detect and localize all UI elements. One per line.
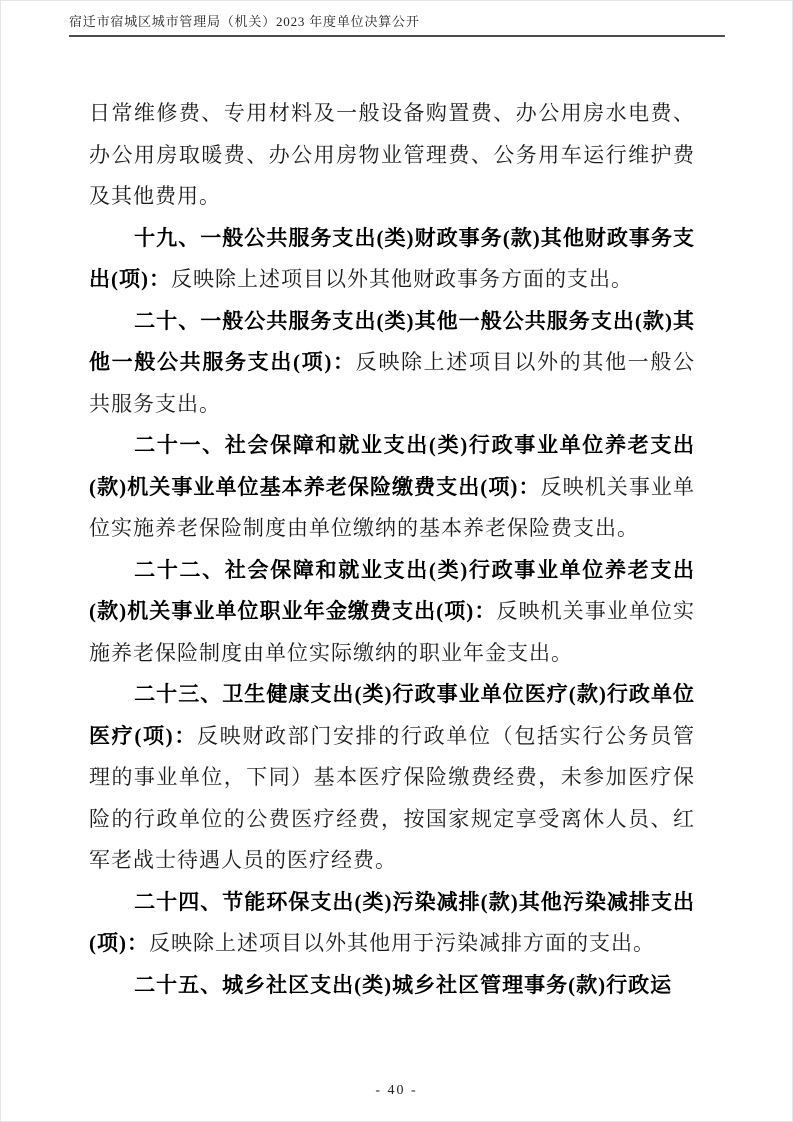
- paragraph-text: 反映除上述项目以外其他财政事务方面的支出。: [171, 267, 633, 291]
- document-header-title: 宿迁市宿城区城市管理局（机关）2023 年度单位决算公开: [69, 13, 725, 31]
- paragraph: 二十一、社会保障和就业支出(类)行政事业单位养老支出(款)机关事业单位基本养老保…: [89, 425, 695, 550]
- paragraph: 二十五、城乡社区支出(类)城乡社区管理事务(款)行政运: [89, 965, 695, 1007]
- paragraph-text: 反映除上述项目以外其他用于污染减排方面的支出。: [149, 931, 655, 955]
- document-footer: - 40 -: [1, 1081, 792, 1099]
- paragraph: 二十四、节能环保支出(类)污染减排(款)其他污染减排支出(项)：反映除上述项目以…: [89, 882, 695, 965]
- document-page: 宿迁市宿城区城市管理局（机关）2023 年度单位决算公开 日常维修费、专用材料及…: [0, 0, 793, 1122]
- document-body: 日常维修费、专用材料及一般设备购置费、办公用房水电费、办公用房取暖费、办公用房物…: [89, 93, 695, 1006]
- paragraph: 二十三、卫生健康支出(类)行政事业单位医疗(款)行政单位医疗(项)：反映财政部门…: [89, 674, 695, 882]
- document-header: 宿迁市宿城区城市管理局（机关）2023 年度单位决算公开: [69, 13, 725, 37]
- page-number: - 40 -: [375, 1083, 417, 1098]
- paragraph-heading: 二十五、城乡社区支出(类)城乡社区管理事务(款)行政运: [134, 973, 672, 997]
- paragraph: 日常维修费、专用材料及一般设备购置费、办公用房水电费、办公用房取暖费、办公用房物…: [89, 93, 695, 218]
- paragraph: 二十、一般公共服务支出(类)其他一般公共服务支出(款)其他一般公共服务支出(项)…: [89, 301, 695, 426]
- paragraph-text: 日常维修费、专用材料及一般设备购置费、办公用房水电费、办公用房取暖费、办公用房物…: [89, 101, 695, 208]
- paragraph: 二十二、社会保障和就业支出(类)行政事业单位养老支出(款)机关事业单位职业年金缴…: [89, 550, 695, 675]
- paragraph: 十九、一般公共服务支出(类)财政事务(款)其他财政事务支出(项)：反映除上述项目…: [89, 218, 695, 301]
